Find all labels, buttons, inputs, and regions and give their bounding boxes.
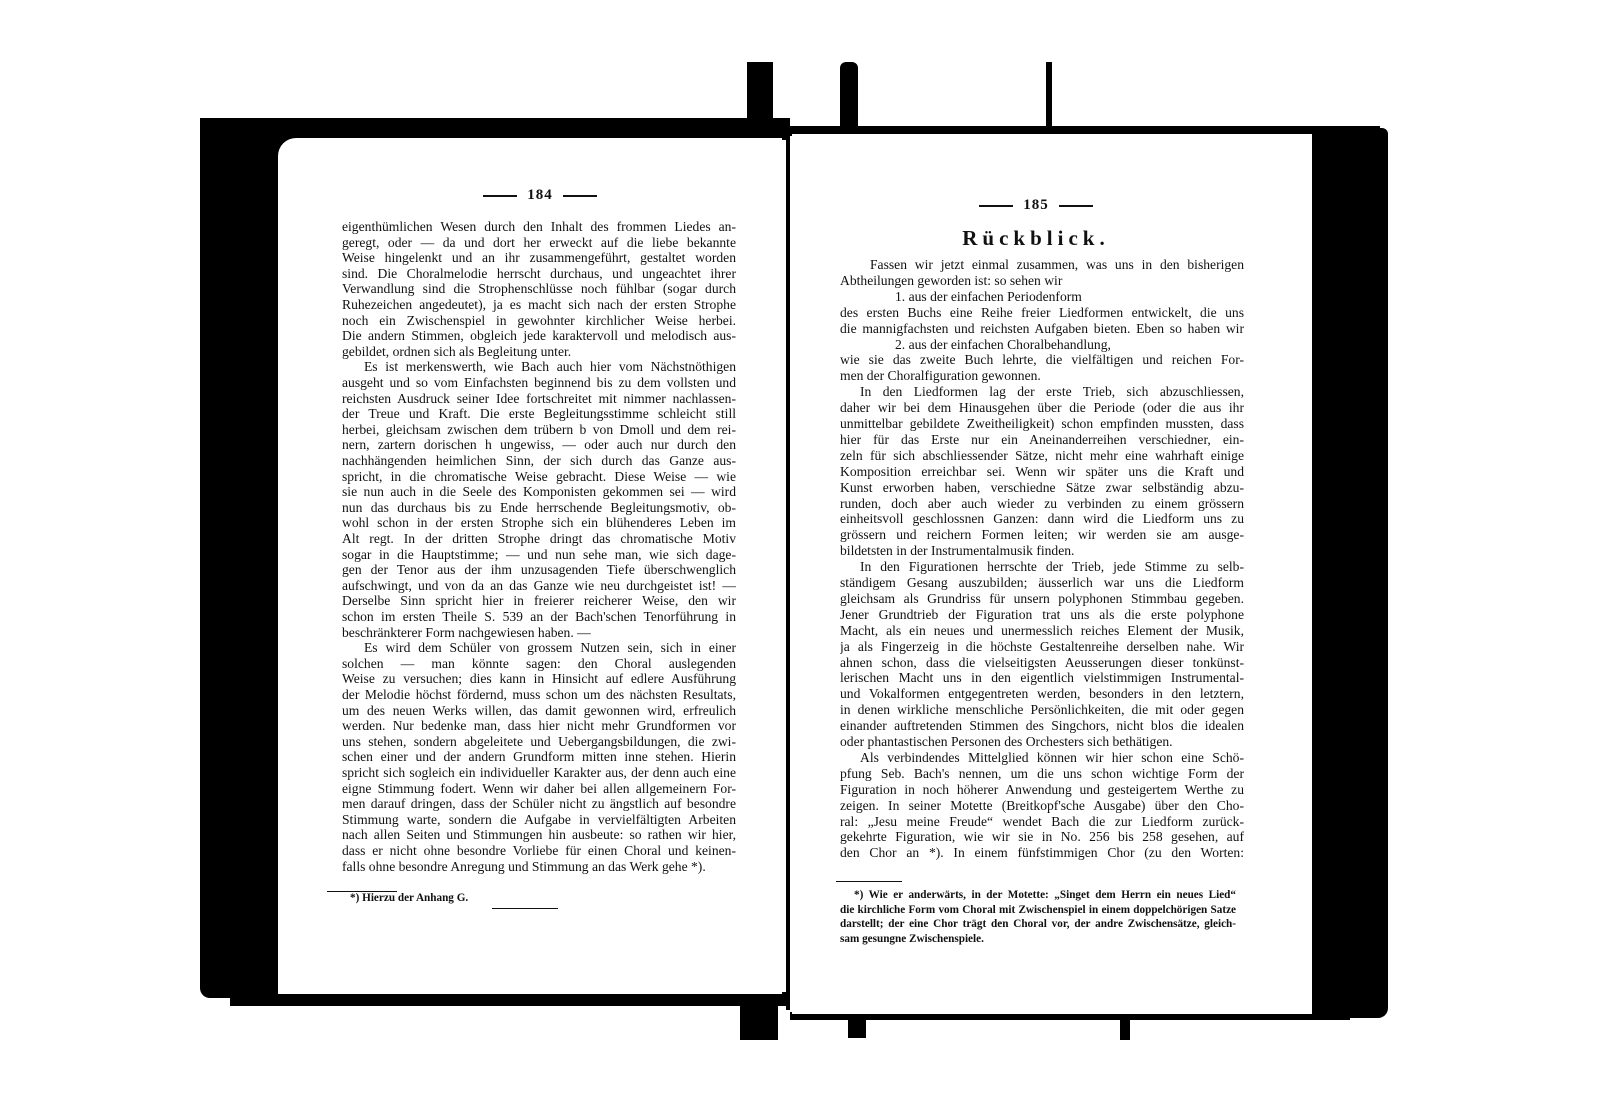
text-line: solchen — man könnte sagen: den Choral a… [342, 656, 736, 672]
text-line: in denen wirkliche menschliche Persönlic… [840, 702, 1244, 718]
text-line: Es ist merkenswerth, wie Bach auch hier … [364, 359, 736, 375]
text-line: In den Liedformen lag der erste Trieb, s… [860, 384, 1244, 400]
text-line: beschränkterer Form nachgewiesen haben. … [342, 625, 591, 641]
text-line: um des neuen Werks willen, das damit gew… [342, 703, 736, 719]
book-cover-bottom-left [230, 992, 790, 1006]
text-line: daher wir bei dem Hinausgehen über die P… [840, 400, 1244, 416]
text-line: Es wird dem Schüler von grossem Nutzen s… [364, 640, 736, 656]
text-line: dass er nicht ohne besondre Vorliebe für… [342, 843, 736, 859]
footnote-line: *) Wie er anderwärts, in der Motette: „S… [854, 888, 1236, 902]
text-line: Alt regt. In der dritten Strophe dringt … [342, 531, 736, 547]
text-line: eigenthümlichen Wesen durch den Inhalt d… [342, 219, 736, 235]
text-line: In den Figurationen herrschte der Trieb,… [860, 559, 1244, 575]
text-line: ral: „Jesu meine Freude“ wendet Bach die… [840, 814, 1244, 830]
text-line: Derselbe Sinn spricht hier in freierer r… [342, 593, 736, 609]
text-line: gleichsam als Grundriss für unsern polyp… [840, 591, 1244, 607]
bookmark-ribbon [848, 1012, 866, 1038]
text-line: werden. Nur bedenke man, dass hier nicht… [342, 718, 736, 734]
text-line: reichsten Ausdruck seiner Idee fortschre… [342, 391, 736, 407]
text-line: pfung Seb. Bach's nennen, um die uns sch… [840, 766, 1244, 782]
text-line: sind. Die Choralmelodie herrscht durchau… [342, 266, 736, 282]
text-line: schen einer und der andern Grundform mit… [342, 749, 736, 765]
text-line: Weise hingelenkt und an ihr zusammengefü… [342, 250, 736, 266]
text-line: gebildet, ordnen sich als Begleitung unt… [342, 344, 571, 360]
text-line: den Chor an *). In einem fünfstimmigen C… [840, 845, 1244, 861]
dash-rule [979, 205, 1013, 207]
text-line: runden, doch aber auch wieder zu verbind… [840, 496, 1244, 512]
text-line: wie sie das zweite Buch lehrte, die viel… [840, 352, 1244, 368]
page-number-left: 184 [440, 187, 640, 204]
text-line: wohl schon in der ersten Strophe sich ei… [342, 515, 736, 531]
page-number-text: 184 [527, 187, 553, 203]
text-line: sogar in die Hauptstimme; — und nun sehe… [342, 547, 736, 563]
text-line: lerischen Macht uns in den eigentlich vi… [840, 670, 1244, 686]
book-cover-right [1310, 128, 1388, 1018]
text-line: und Vokalformen entgegentreten werden, b… [840, 686, 1244, 702]
text-line: der Treue und Kraft. Die erste Begleitun… [342, 406, 736, 422]
footnote-line: darstellt; der eine Chor trägt den Chora… [840, 917, 1236, 931]
text-line: falls ohne besondre Anregung und Stimmun… [342, 859, 706, 875]
text-line: schon im ersten Theile S. 539 an der Bac… [342, 609, 736, 625]
text-line: gen der Tenor aus der ihm unzusagenden T… [342, 562, 736, 578]
bookmark-ribbon [740, 1000, 778, 1040]
footnote-line: sam gesungne Zwischenspiele. [840, 932, 984, 946]
dash-rule [563, 195, 597, 197]
text-line: einander auftretenden Stimmen des Singch… [840, 718, 1244, 734]
text-line: Ruhezeichen angedeutet), ja es macht sic… [342, 297, 736, 313]
text-line: die mannigfachsten und reichsten Aufgabe… [840, 321, 1244, 337]
footnote-line: die kirchliche Form vom Choral mit Zwisc… [840, 903, 1236, 917]
text-line: Die andern Stimmen, obgleich jede karakt… [342, 328, 736, 344]
bookmark-ribbon [1120, 1018, 1130, 1040]
text-line: unmittelbar gebildete Zweitheiligkeit) s… [840, 416, 1244, 432]
bookmark-ribbon [1046, 62, 1052, 134]
text-line: der Melodie höchst fördernd, muss schon … [342, 687, 736, 703]
page-number-right: 185 [936, 197, 1136, 214]
text-line: ständigem Gesang auszubilden; äusserlich… [840, 575, 1244, 591]
end-rule [492, 908, 558, 909]
text-line: hier für das Erste nur ein Aneinanderrei… [840, 432, 1244, 448]
dash-rule [483, 195, 517, 197]
text-line: geregt, oder — da und dort her erweckt a… [342, 235, 736, 251]
text-line: noch ein Zwischenspiel in gewohnter kirc… [342, 313, 736, 329]
footnote-rule [836, 881, 902, 882]
text-line: men der Choralfiguration gewonnen. [840, 368, 1041, 384]
text-line: Fassen wir jetzt einmal zusammen, was un… [870, 257, 1244, 273]
text-line: zeigen. In seiner Motette (Breitkopf'sch… [840, 798, 1244, 814]
text-line: men darauf dringen, dass der Schüler nic… [342, 796, 736, 812]
text-line: Komposition erreichbar sei. Wenn wir spä… [840, 464, 1244, 480]
text-line: aufschwingt, und von da an das Ganze wie… [342, 578, 736, 594]
text-line: gekehrte Figuration, wie wir sie in No. … [840, 829, 1244, 845]
text-line: nern, zartern dorischen h ungewiss, — od… [342, 437, 736, 453]
text-line: Figuration in noch höherer Anwendung und… [840, 782, 1244, 798]
text-line: oder phantastischen Personen des Orchest… [840, 734, 1173, 750]
text-line: sie nun auch in die Seele des Komponiste… [342, 484, 736, 500]
book-cover-top-left [200, 118, 790, 140]
dash-rule [1059, 205, 1093, 207]
text-line: ja als Fingerzeig in die höchste Gestalt… [840, 639, 1244, 655]
text-line: einheitsvoll geschlossnen Ganzen: dann w… [840, 511, 1244, 527]
book-spine [786, 130, 790, 1010]
text-line: spricht, in die chromatische Weise gebra… [342, 469, 736, 485]
text-line: grössern und reichern Formen leiten; wir… [840, 527, 1244, 543]
text-line: Jener Grundtrieb der Figuration trat uns… [840, 607, 1244, 623]
text-line: Als verbindendes Mittelglied können wir … [860, 750, 1244, 766]
text-line: eigne Stimmung fodert. Wenn wir daher be… [342, 781, 736, 797]
bookmark-ribbon [747, 62, 773, 132]
text-line: zeln für sich abschliessender Sätze, nic… [840, 448, 1244, 464]
text-line: 1. aus der einfachen Periodenform [895, 289, 1082, 305]
text-line: nach allen Seiten und Stimmungen hin aus… [342, 827, 736, 843]
text-line: ausgeht und so vom Einfachsten beginnend… [342, 375, 736, 391]
text-line: Verwandlung sind die Strophenschlüsse no… [342, 281, 736, 297]
text-line: Weise zu versuchen; dies kann in Hinsich… [342, 671, 736, 687]
text-line: herbei, gleichsam zwischen dem trübern b… [342, 422, 736, 438]
bookmark-ribbon [840, 62, 858, 130]
text-line: Kunst erworben haben, verschiedne Sätze … [840, 480, 1244, 496]
text-line: ahnen schon, dass die vielseitigsten Aeu… [840, 655, 1244, 671]
page-number-text: 185 [1023, 197, 1049, 213]
text-line: Abtheilungen geworden ist: so sehen wir [840, 273, 1062, 289]
footnote-left: *) Hierzu der Anhang G. [350, 891, 468, 905]
text-line: nun das durchaus bis zu Ende herrschende… [342, 500, 736, 516]
text-line: bildetsten in der Instrumentalmusik find… [840, 543, 1074, 559]
text-line: des ersten Buchs eine Reihe freier Liedf… [840, 305, 1244, 321]
section-heading: Rückblick. [936, 226, 1136, 251]
text-line: 2. aus der einfachen Choralbehandlung, [895, 337, 1111, 353]
text-line: spricht sich sogleich ein individueller … [342, 765, 736, 781]
text-line: Stimmung warte, sondern die Aufgabe in v… [342, 812, 736, 828]
text-line: nachhängenden heimlichen Sinn, der sich … [342, 453, 736, 469]
text-line: uns stehen, sondern abgeleitete und Uebe… [342, 734, 736, 750]
text-line: Macht, als ein neues und unermesslich re… [840, 623, 1244, 639]
